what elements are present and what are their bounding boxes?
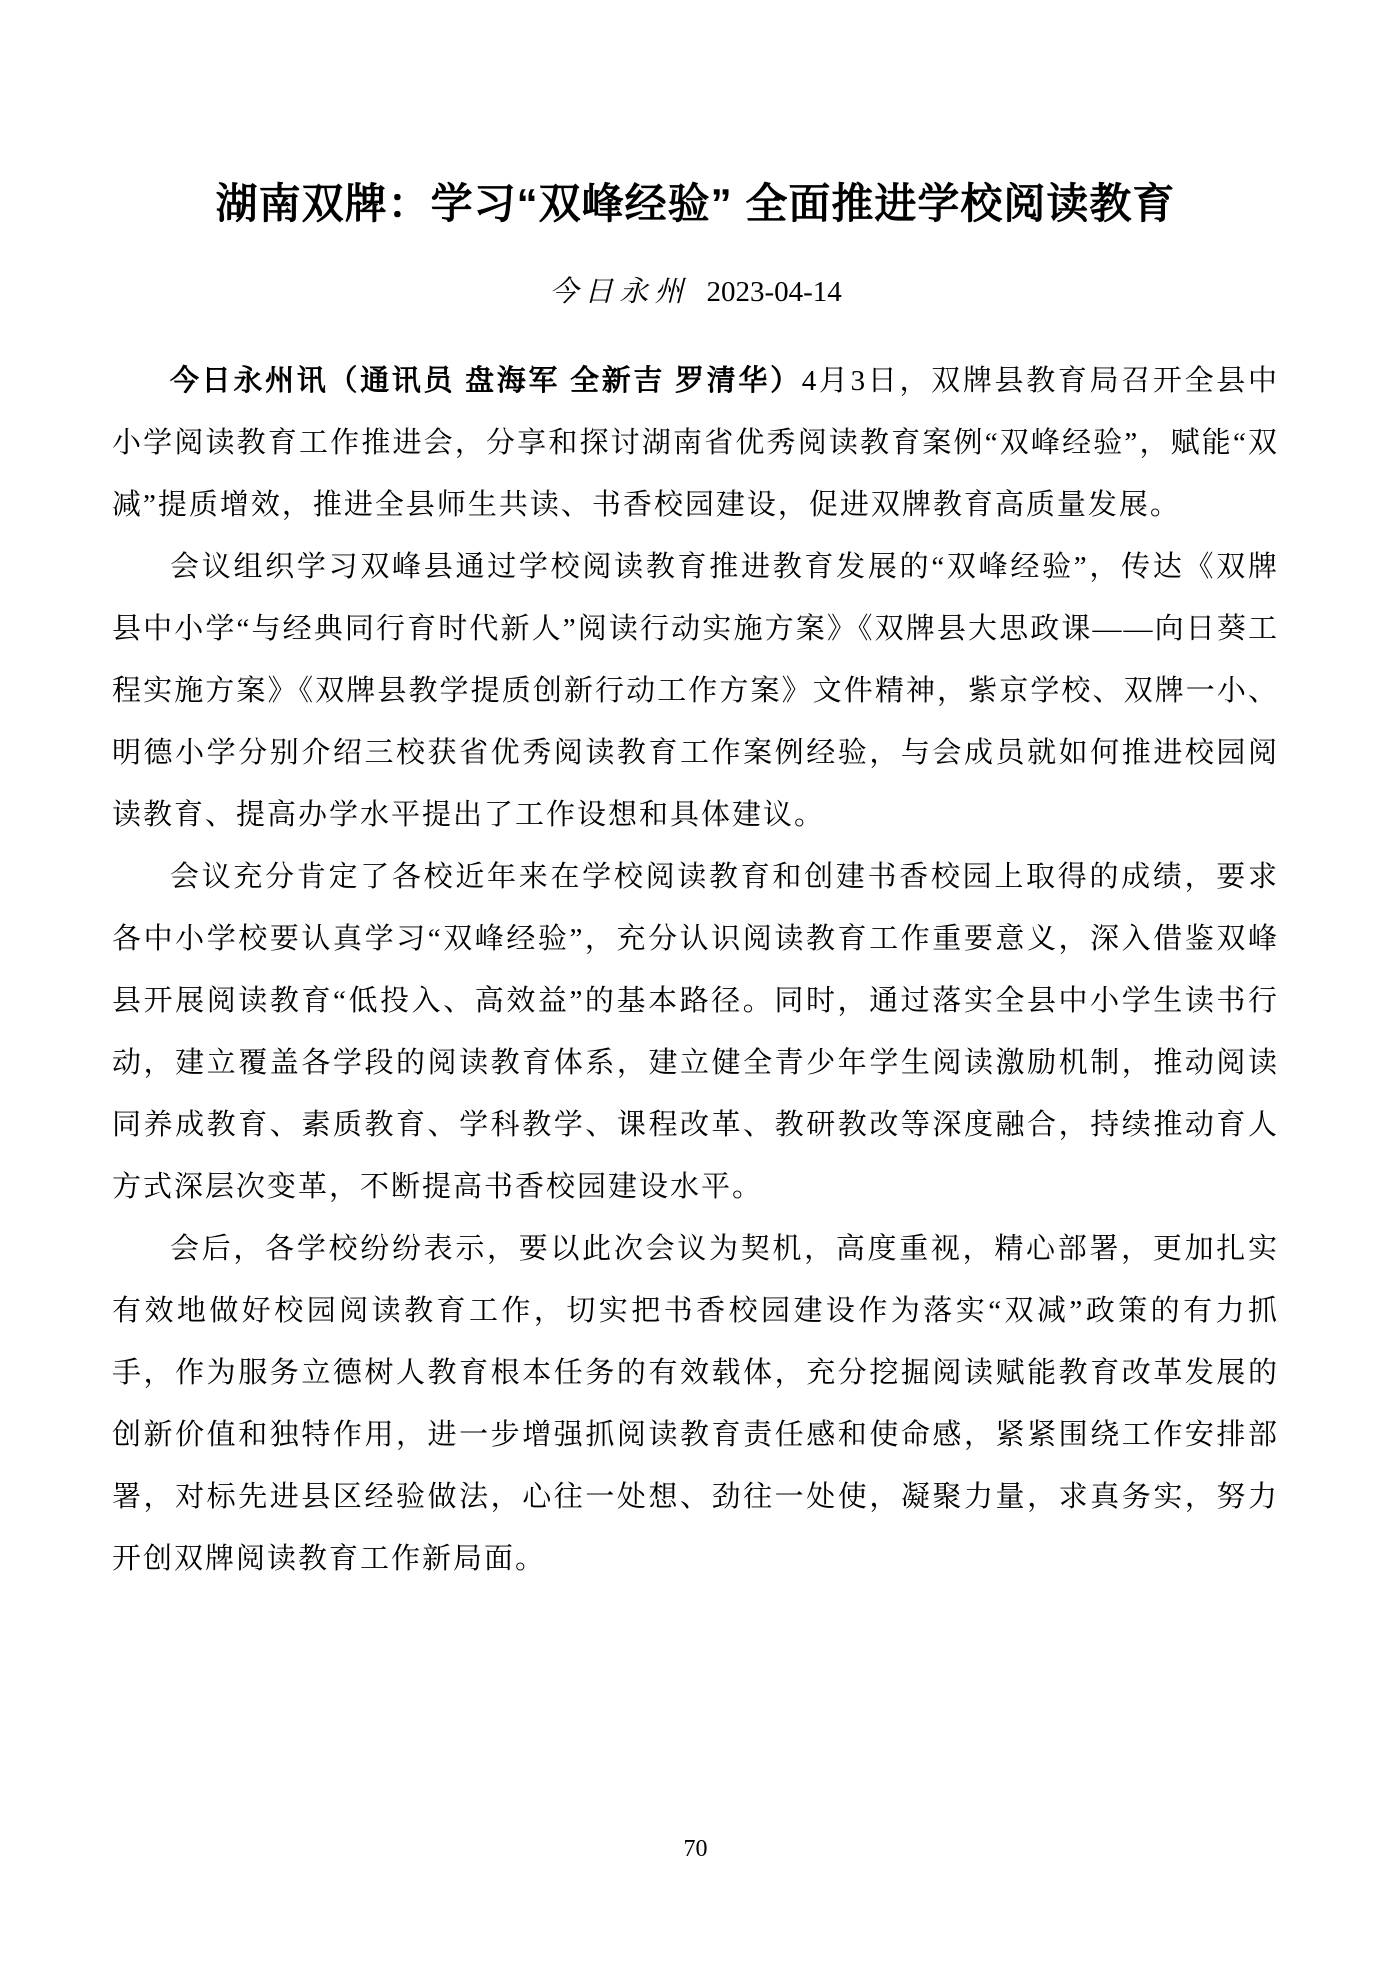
paragraph-lead: 今日永州讯（通讯员 盘海军 全新吉 罗清华） [170,365,802,397]
document-page: 湖南双牌：学习“双峰经验” 全面推进学校阅读教育 今日永州 2023-04-14… [0,0,1391,1965]
paragraph: 会议充分肯定了各校近年来在学校阅读教育和创建书香校园上取得的成绩，要求各中小学校… [112,846,1279,1218]
page-number: 70 [0,1836,1391,1863]
page-title: 湖南双牌：学习“双峰经验” 全面推进学校阅读教育 [112,176,1279,232]
document-content: 湖南双牌：学习“双峰经验” 全面推进学校阅读教育 今日永州 2023-04-14… [0,0,1391,1590]
byline: 今日永州 2023-04-14 [112,274,1279,310]
article-body: 今日永州讯（通讯员 盘海军 全新吉 罗清华）4月3日，双牌县教育局召开全县中小学… [112,350,1279,1590]
paragraph: 会后，各学校纷纷表示，要以此次会议为契机，高度重视，精心部署，更加扎实有效地做好… [112,1218,1279,1590]
byline-date: 2023-04-14 [706,276,841,308]
byline-source: 今日永州 [549,276,689,308]
paragraph: 今日永州讯（通讯员 盘海军 全新吉 罗清华）4月3日，双牌县教育局召开全县中小学… [112,350,1279,536]
paragraph: 会议组织学习双峰县通过学校阅读教育推进教育发展的“双峰经验”，传达《双牌县中小学… [112,536,1279,846]
